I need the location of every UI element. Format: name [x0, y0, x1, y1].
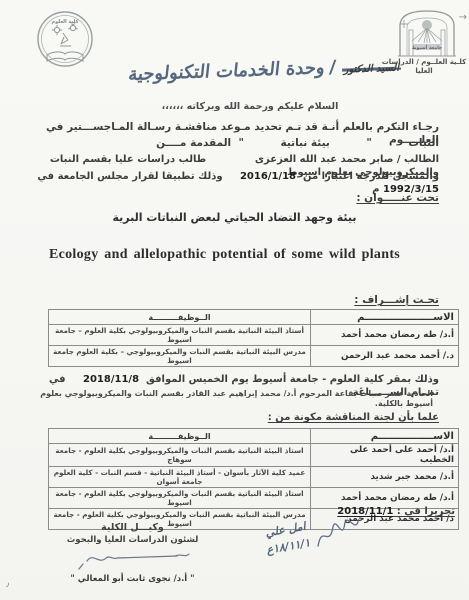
- arrow-mark-icon: →: [459, 12, 467, 23]
- table-row: أ.د/ محمد جبر شديد عميد كلية الآثار بأسو…: [49, 467, 459, 488]
- supervisor-name: أ.د/ طه رمضان محمد أحمد: [311, 325, 459, 346]
- issued-label: تحريرا في :: [393, 506, 455, 517]
- committee-member-position: عميد كلية الآثار بأسوان - أستاذ البيئة ا…: [49, 467, 311, 488]
- university-logo-text: جامعة أسيوط: [412, 44, 442, 51]
- vice-dean-subtitle: لشئون الدراسات العليا والبحوث: [60, 535, 205, 545]
- addressee-line: السيد الدكتور / وحدة الخدمات التكنولوجية: [91, 55, 402, 87]
- supervisor-position: أستاذ البيئة النباتية بقسم النبات والميك…: [49, 325, 311, 346]
- thesis-title-english: Ecology and allelopathic potential of so…: [20, 247, 429, 263]
- signature-scribble-icon: [312, 514, 364, 556]
- supervisor-name: د./ أحمد محمد عبد الرحمن: [311, 346, 459, 367]
- greeting-line: السلام عليكم ورحمة الله وبركاته ،،،،،،: [60, 101, 440, 112]
- seal-book-icon: [47, 52, 83, 61]
- committee-member-name: أ.د/ أحمد على أحمد على الخطيب: [311, 444, 459, 467]
- specialty-line: النبات " بيئة نباتية " المقدمة مــــن: [30, 137, 439, 150]
- vice-dean-signature-icon: [73, 548, 193, 570]
- venue-prefix: وذلك بمقر كلية العلوم - جامعة أسيوط يوم …: [139, 374, 439, 385]
- table-header-row: الاســــــــــــــــــــم الــوظيفــــــ…: [49, 310, 459, 325]
- thesis-title-arabic: بيئة وجهد التضاد الحياتي لبعض النباتات ا…: [30, 211, 439, 225]
- crossed-out-addressee: السيد الدكتور: [342, 63, 402, 76]
- under-title-label: تحت عنـــــوان :: [30, 192, 439, 205]
- committee-member-position: استاذ البيئة النباتية بقسم النبات والميك…: [49, 444, 311, 467]
- vice-dean-title: وكيـــل الكلية: [60, 522, 205, 533]
- committee-label-text: علما بأن لجنة المناقشة مكونة من :: [268, 412, 439, 423]
- committee-member-position: استاذ البيئة النباتية بقسم النبات والميك…: [49, 488, 311, 509]
- vice-dean-block: وكيـــل الكلية لشئون الدراسات العليا وال…: [60, 522, 205, 584]
- assiut-university-emblem-icon: جامعة أسيوط: [397, 6, 457, 58]
- seal-symbols-icon: [52, 23, 78, 46]
- registration-mid: وذلك تطبيقا لقرار مجلس الجامعة في: [30, 171, 240, 182]
- supervision-label: تحـت إشـــراف :: [30, 294, 439, 307]
- handwritten-addressee: / وحدة الخدمات التكنولوجية: [126, 57, 338, 85]
- column-header-name: الاســــــــــــــــــــم: [311, 310, 459, 325]
- under-title-text: تحت عنـــــوان :: [356, 192, 439, 204]
- column-header-position: الــوظيفـــــــــة: [49, 429, 311, 444]
- registration-date: 2016/1/18: [240, 171, 296, 182]
- column-header-name: الاســــــــــــــــم: [311, 429, 459, 444]
- defense-date: 2018/11/8: [83, 374, 139, 385]
- table-row: أ.د/ أحمد على أحمد على الخطيب استاذ البي…: [49, 444, 459, 467]
- table-row: د./ أحمد محمد عبد الرحمن مدرس البيئة الن…: [49, 346, 459, 367]
- committee-member-name: أ.د/ محمد جبر شديد: [311, 467, 459, 488]
- supervision-label-text: تحـت إشـــراف :: [354, 294, 439, 306]
- registration-prefix: والمسجل للدرجة اعتبارا من: [296, 171, 439, 182]
- committee-label: علما بأن لجنة المناقشة مكونة من :: [30, 412, 439, 425]
- table-header-row: الاســــــــــــــــم الــوظيفـــــــــة: [49, 429, 459, 444]
- column-header-position: الــوظيفـــــــــة: [49, 310, 311, 325]
- supervision-table: الاســــــــــــــــــــم الــوظيفــــــ…: [48, 309, 459, 367]
- corner-pen-mark: ٫: [6, 578, 9, 589]
- scanned-letter-page: كلية العلوم جامعة أسيوط: [0, 0, 469, 600]
- venue-line2: الحادية عشر صباحاً بقاعة المرحوم أ.د/ مح…: [20, 389, 433, 409]
- faculty-of-science-seal-icon: كلية العلوم: [33, 8, 97, 74]
- supervisor-position: مدرس البيئة النباتية بقسم النبات والميكر…: [49, 346, 311, 367]
- vice-dean-name: " أ.د/ نجوى ثابت أبو المعالي ": [60, 574, 205, 584]
- table-row: أ.د/ طه رمضان محمد أحمد أستاذ البيئة الن…: [49, 325, 459, 346]
